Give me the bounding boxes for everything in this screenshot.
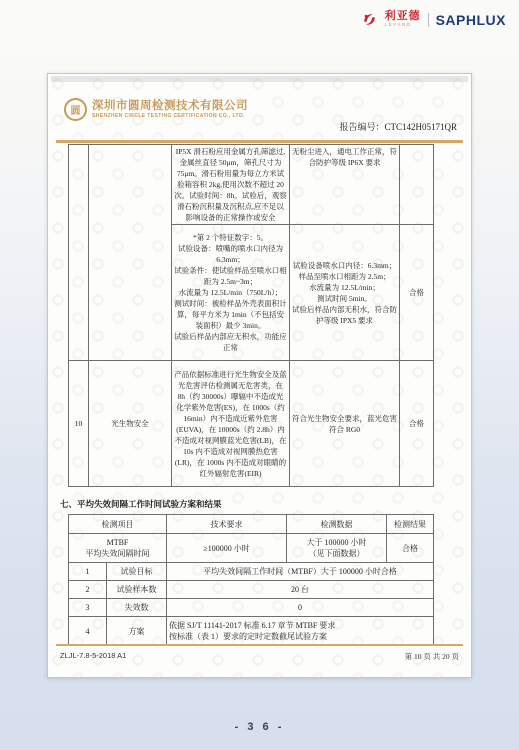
mtbf-table: 检测项目 技术要求 检测数据 检测结果 MTBF 平均失效间隔时间 ≥10000… xyxy=(68,514,434,646)
spec-cell: 产品依据标准进行光生物安全及蓝光危害评估检测属无危害类，在 8h（约 30000… xyxy=(172,361,290,487)
lab-header: 圆 深圳市圆周检测技术有限公司 SHENZHEN CIRCLE TESTING … xyxy=(64,98,248,121)
brand-bar: 利亚德 LEYARD SAPHLUX xyxy=(361,11,506,28)
table-row: MTBF 平均失效间隔时间 ≥100000 小时 大于 100000 小时 （见… xyxy=(69,534,434,563)
data-cell: 试验设备喷水口内径：6.3mm；样品至喷水口相距为 2.5m； 水流量为 12.… xyxy=(290,225,400,361)
leyard-wordmark: 利亚德 LEYARD xyxy=(385,11,421,28)
viewer-page-number: - 3 6 - xyxy=(0,721,519,733)
result-cell: 合格 xyxy=(400,225,434,361)
lab-name-cn: 深圳市圆周检测技术有限公司 xyxy=(92,100,248,113)
table-row: 1 试验目标 平均失效间隔工作时间（MTBF）大于 100000 小时合格 xyxy=(69,563,434,581)
row-value-cell: 20 台 xyxy=(167,581,434,599)
mtbf-item-cell: MTBF 平均失效间隔时间 xyxy=(69,534,167,563)
row-no-cell: 2 xyxy=(69,581,107,599)
header-result: 检测结果 xyxy=(387,515,434,534)
header-data: 检测数据 xyxy=(287,515,387,534)
data-cell: 无粉尘进入，通电工作正常，符合防护等级 IP6X 要求 xyxy=(290,145,400,225)
header-item: 检测项目 xyxy=(69,515,167,534)
lab-logo-icon: 圆 xyxy=(64,98,87,121)
report-number-label: 报告编号： xyxy=(339,122,384,132)
screenshot-canvas: 利亚德 LEYARD SAPHLUX 圆 深圳市圆周检测技术有限公司 SHENZ… xyxy=(0,0,519,750)
row-no-cell: 3 xyxy=(69,599,107,617)
page-footer: ZLJL-7.8-5-2018 A1 第 10 页 共 20 页 xyxy=(60,651,459,662)
item-name-cell: 光生物安全 xyxy=(89,361,172,487)
row-no-cell: 4 xyxy=(69,617,107,646)
result-cell xyxy=(400,145,434,225)
mtbf-data-cell: 大于 100000 小时 （见下面数据） xyxy=(287,534,387,563)
result-cell: 合格 xyxy=(400,361,434,487)
report-number-value: CTC142H05171QR xyxy=(384,122,457,132)
mtbf-requirement-cell: ≥100000 小时 xyxy=(167,534,287,563)
item-no-cell xyxy=(69,145,89,361)
test-items-table: IP5X 滑石粉应用金属方孔筛滤过,金属丝直径 50μm，筛孔尺寸为 75μm。… xyxy=(68,144,434,487)
row-label-cell: 方案 xyxy=(107,617,167,646)
row-label-cell: 失效数 xyxy=(107,599,167,617)
spec-cell: *第 2 个特征数字：5。 试验设备：喷嘴的喷水口内径为 6.3mm； 试验条件… xyxy=(172,225,290,361)
row-label-cell: 试验目标 xyxy=(107,563,167,581)
document-page: 圆 深圳市圆周检测技术有限公司 SHENZHEN CIRCLE TESTING … xyxy=(47,73,472,678)
table-row: IP5X 滑石粉应用金属方孔筛滤过,金属丝直径 50μm，筛孔尺寸为 75μm。… xyxy=(69,145,434,225)
row-no-cell: 1 xyxy=(69,563,107,581)
row-value-cell: 依据 SJ/T 11141-2017 标准 6.17 章节 MTBF 要求 按标… xyxy=(167,617,434,646)
leyard-en-text: LEYARD xyxy=(385,23,421,28)
table-header-row: 检测项目 技术要求 检测数据 检测结果 xyxy=(69,515,434,534)
footer-rule xyxy=(56,644,463,646)
report-number: 报告编号：CTC142H05171QR xyxy=(339,120,457,133)
scan-artifact-strip xyxy=(51,76,468,82)
spec-cell: IP5X 滑石粉应用金属方孔筛滤过,金属丝直径 50μm，筛孔尺寸为 75μm。… xyxy=(172,145,290,225)
brand-divider xyxy=(428,13,429,27)
table-row: 3 失效数 0 xyxy=(69,599,434,617)
section-title: 七、平均失效间隔工作时间试验方案和结果 xyxy=(60,498,222,510)
item-name-cell xyxy=(89,145,172,361)
item-no-cell: 10 xyxy=(69,361,89,487)
row-value-cell: 平均失效间隔工作时间（MTBF）大于 100000 小时合格 xyxy=(167,563,434,581)
mtbf-result-cell: 合格 xyxy=(387,534,434,563)
header-rule xyxy=(56,140,463,143)
table-row: 10 光生物安全 产品依据标准进行光生物安全及蓝光危害评估检测属无危害类，在 8… xyxy=(69,361,434,487)
table-row: 2 试验样本数 20 台 xyxy=(69,581,434,599)
saphlux-wordmark: SAPHLUX xyxy=(436,12,506,28)
page-info: 第 10 页 共 20 页 xyxy=(405,651,459,662)
table-row: 4 方案 依据 SJ/T 11141-2017 标准 6.17 章节 MTBF … xyxy=(69,617,434,646)
leyard-logo-icon xyxy=(361,11,378,28)
header-requirement: 技术要求 xyxy=(167,515,287,534)
lab-name-en: SHENZHEN CIRCLE TESTING CERTIFICATION CO… xyxy=(92,113,248,119)
document-code: ZLJL-7.8-5-2018 A1 xyxy=(60,651,126,662)
data-cell: 符合光生物安全要求，蓝光危害符合 RG0 xyxy=(290,361,400,487)
row-label-cell: 试验样本数 xyxy=(107,581,167,599)
leyard-cn-text: 利亚德 xyxy=(385,11,421,22)
row-value-cell: 0 xyxy=(167,599,434,617)
